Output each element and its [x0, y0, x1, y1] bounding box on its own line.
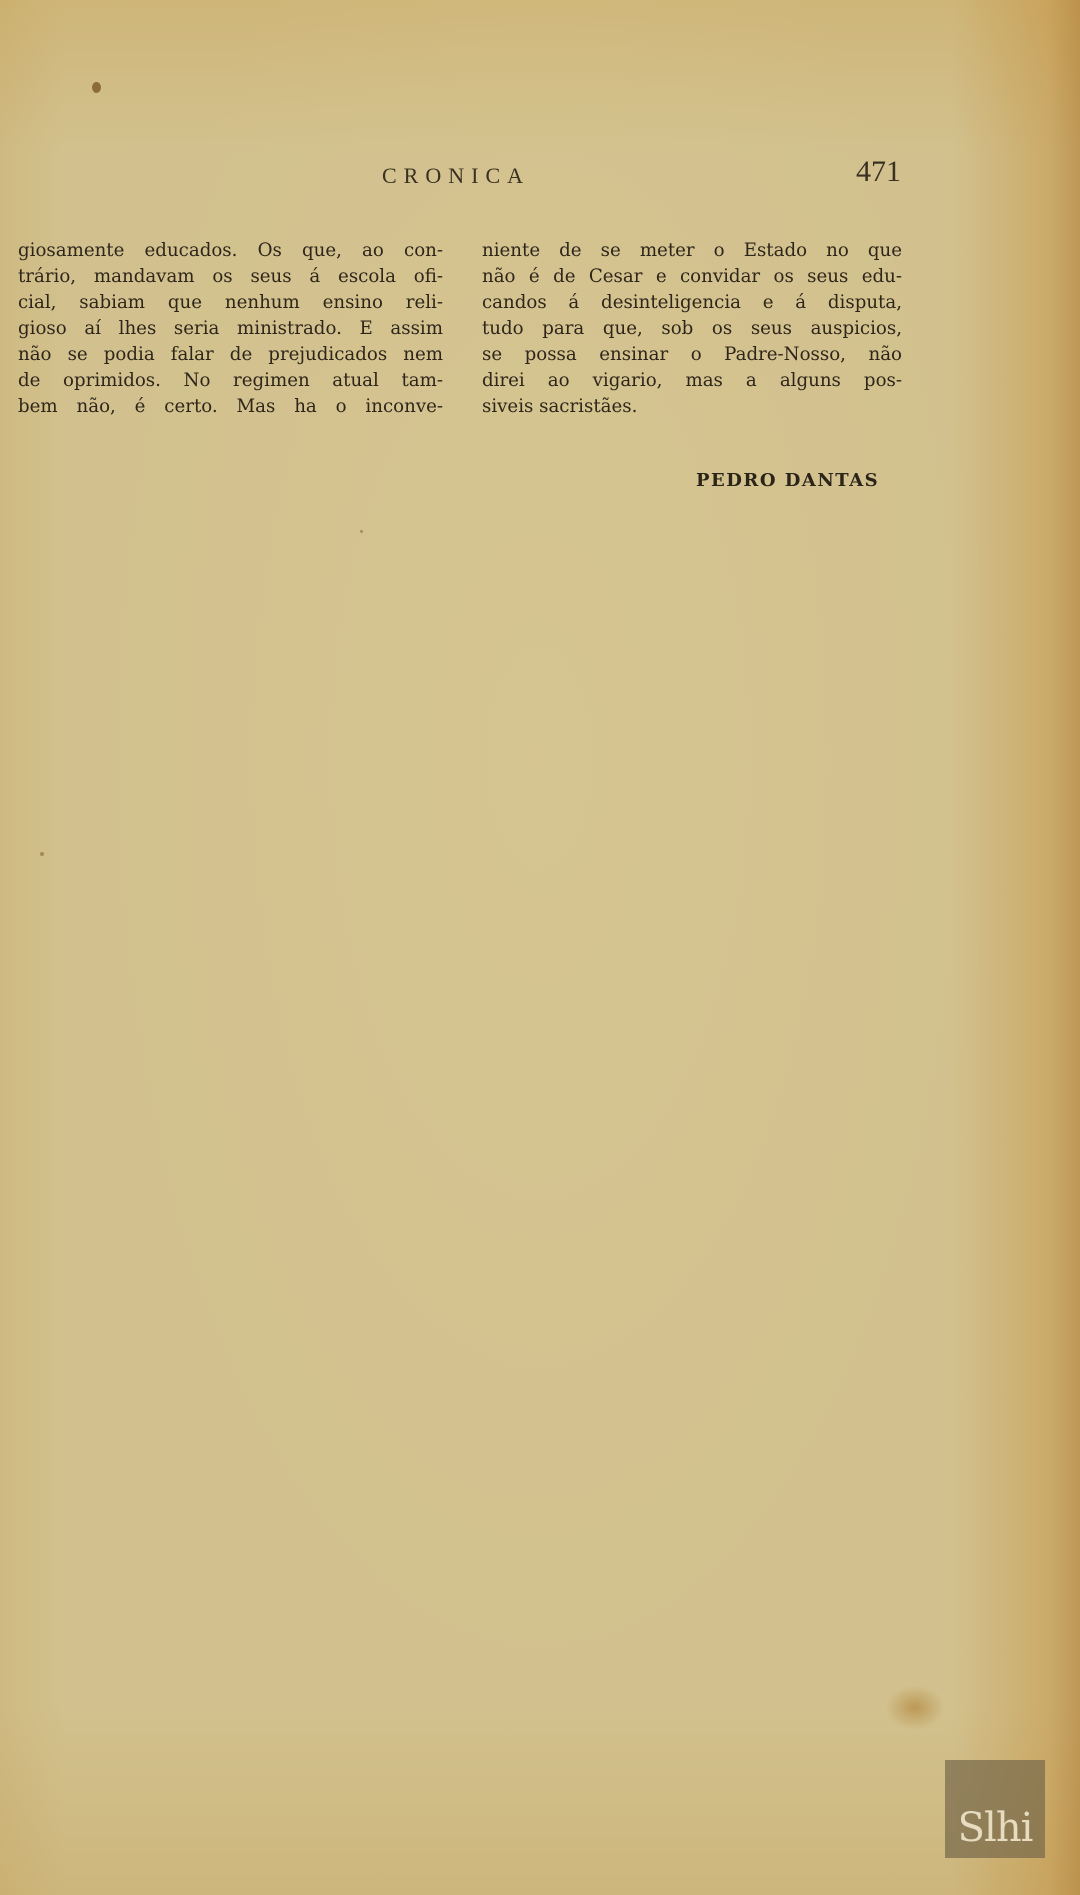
paper-speck: [360, 530, 363, 533]
scanned-page: CRONICA 471 giosamente educados. Os que,…: [0, 0, 1080, 1895]
text-column-left: giosamente educados. Os que, ao con- trá…: [18, 238, 443, 420]
text-line: cial, sabiam que nenhum ensino reli-: [18, 290, 443, 316]
text-line: gioso aí lhes seria ministrado. E assim: [18, 316, 443, 342]
text-line: direi ao vigario, mas a alguns pos-: [482, 368, 902, 394]
text-line: não se podia falar de prejudicados nem: [18, 342, 443, 368]
paper-speck: [92, 82, 101, 93]
text-line: siveis sacristães.: [482, 394, 902, 420]
library-watermark-logo: Slhi: [945, 1760, 1045, 1858]
page-number: 471: [856, 155, 901, 189]
paper-stain: [885, 1685, 945, 1730]
text-line: de oprimidos. No regimen atual tam-: [18, 368, 443, 394]
running-title: CRONICA: [382, 163, 530, 189]
text-line: se possa ensinar o Padre-Nosso, não: [482, 342, 902, 368]
paper-speck: [40, 852, 44, 856]
text-line: tudo para que, sob os seus auspicios,: [482, 316, 902, 342]
watermark-text: Slhi: [958, 1808, 1033, 1848]
text-line: bem não, é certo. Mas ha o inconve-: [18, 394, 443, 420]
text-line: candos á desinteligencia e á disputa,: [482, 290, 902, 316]
text-line: niente de se meter o Estado no que: [482, 238, 902, 264]
text-line: trário, mandavam os seus á escola ofi-: [18, 264, 443, 290]
text-column-right: niente de se meter o Estado no que não é…: [482, 238, 902, 420]
text-line: não é de Cesar e convidar os seus edu-: [482, 264, 902, 290]
text-line: giosamente educados. Os que, ao con-: [18, 238, 443, 264]
author-signature: PEDRO DANTAS: [696, 470, 879, 491]
